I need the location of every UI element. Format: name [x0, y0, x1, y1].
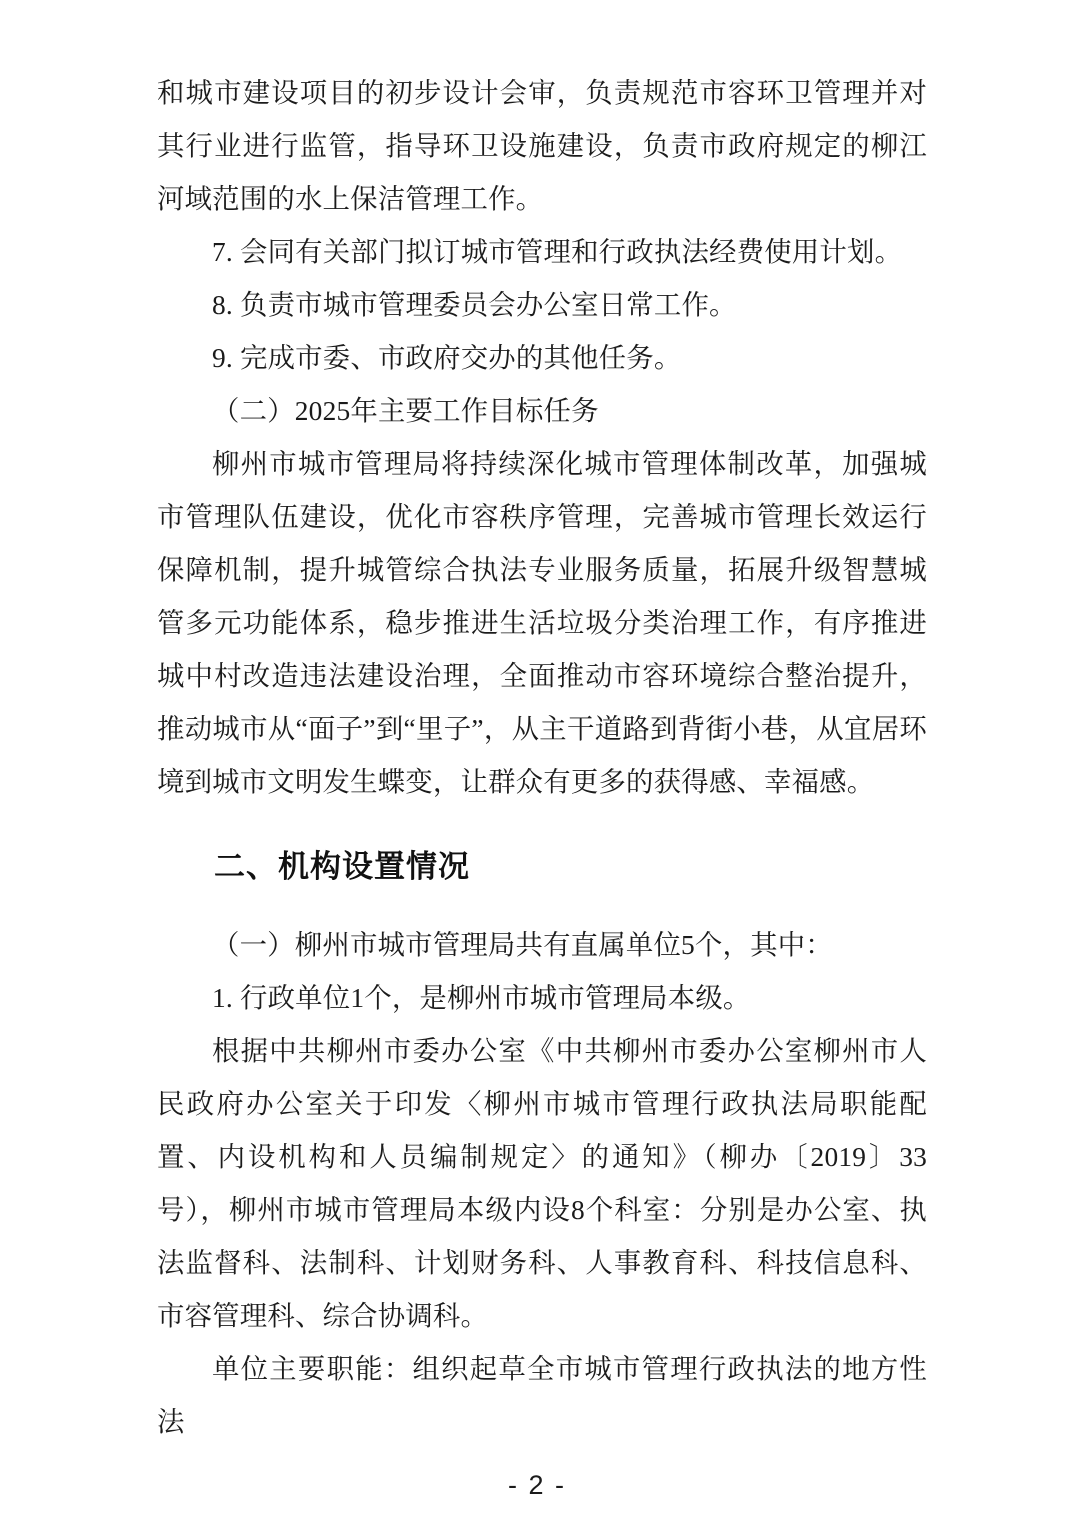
paragraph-sanitation-duties-continuation: 和城市建设项目的初步设计会审，负责规范市容环卫管理并对其行业进行监管，指导环卫设…: [157, 67, 927, 226]
subsection-title-2025-goals: （二）2025年主要工作目标任务: [157, 385, 927, 438]
list-item-9: 9. 完成市委、市政府交办的其他任务。: [157, 332, 927, 385]
list-item-8: 8. 负责市城市管理委员会办公室日常工作。: [157, 279, 927, 332]
section-heading-organization-setup: 二、机构设置情况: [157, 840, 927, 893]
subsection-title-subordinate-units: （一）柳州市城市管理局共有直属单位5个，其中：: [157, 919, 927, 972]
document-body: 和城市建设项目的初步设计会审，负责规范市容环卫管理并对其行业进行监管，指导环卫设…: [157, 67, 927, 1449]
list-item-7: 7. 会同有关部门拟订城市管理和行政执法经费使用计划。: [157, 226, 927, 279]
paragraph-2025-work-goals: 柳州市城市管理局将持续深化城市管理体制改革，加强城市管理队伍建设，优化市容秩序管…: [157, 438, 927, 809]
page-number: - 2 -: [0, 1470, 1074, 1501]
paragraph-internal-departments: 根据中共柳州市委办公室《中共柳州市委办公室柳州市人民政府办公室关于印发〈柳州市城…: [157, 1025, 927, 1343]
document-page: 和城市建设项目的初步设计会审，负责规范市容环卫管理并对其行业进行监管，指导环卫设…: [0, 0, 1074, 1520]
paragraph-unit-main-functions: 单位主要职能：组织起草全市城市管理行政执法的地方性法: [157, 1343, 927, 1449]
list-item-1-administrative-unit: 1. 行政单位1个，是柳州市城市管理局本级。: [157, 972, 927, 1025]
